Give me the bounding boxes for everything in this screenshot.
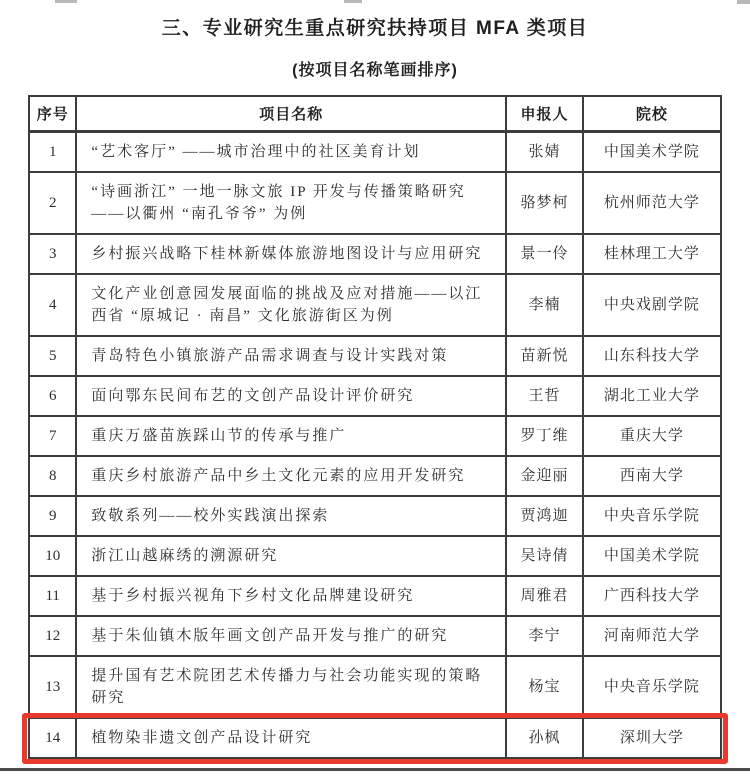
institution-name: 杭州师范大学 [583,172,721,234]
table-row: 1 “艺术客厅” ——城市治理中的社区美育计划 张婧 中国美术学院 [29,132,721,173]
institution-name: 中央戏剧学院 [583,274,721,336]
institution-name: 中央音乐学院 [583,656,721,718]
institution-name: 深圳大学 [583,718,721,758]
scan-artifact [55,0,77,3]
row-number: 13 [29,656,76,718]
page-bottom-edge [0,768,750,771]
table-row: 5 青岛特色小镇旅游产品需求调查与设计实践对策 苗新悦 山东科技大学 [29,336,721,376]
institution-name: 桂林理工大学 [583,234,721,274]
applicant-name: 金迎丽 [506,456,583,496]
row-number: 2 [29,172,76,234]
row-number: 3 [29,234,76,274]
project-name: 重庆万盛苗族踩山节的传承与推广 [76,416,506,456]
scan-artifact [737,0,750,4]
table-row: 12 基于朱仙镇木版年画文创产品开发与推广的研究 李宁 河南师范大学 [29,616,721,656]
row-number: 14 [29,718,76,758]
institution-name: 中央音乐学院 [583,496,721,536]
institution-name: 西南大学 [583,456,721,496]
table-row: 8 重庆乡村旅游产品中乡土文化元素的应用开发研究 金迎丽 西南大学 [29,456,721,496]
row-number: 6 [29,376,76,416]
row-number: 11 [29,576,76,616]
column-header-applicant: 申报人 [506,96,583,132]
project-name: 重庆乡村旅游产品中乡土文化元素的应用开发研究 [76,456,506,496]
applicant-name: 苗新悦 [506,336,583,376]
institution-name: 重庆大学 [583,416,721,456]
project-name: 文化产业创意园发展面临的挑战及应对措施——以江西省 “原城记 · 南昌” 文化旅… [76,274,506,336]
table-body: 1 “艺术客厅” ——城市治理中的社区美育计划 张婧 中国美术学院 2 “诗画浙… [29,132,721,759]
project-name: 面向鄂东民间布艺的文创产品设计评价研究 [76,376,506,416]
table-row: 7 重庆万盛苗族踩山节的传承与推广 罗丁维 重庆大学 [29,416,721,456]
project-name: 提升国有艺术院团艺术传播力与社会功能实现的策略研究 [76,656,506,718]
table-row: 6 面向鄂东民间布艺的文创产品设计评价研究 王哲 湖北工业大学 [29,376,721,416]
project-name: 植物染非遗文创产品设计研究 [76,718,506,758]
table-row: 13 提升国有艺术院团艺术传播力与社会功能实现的策略研究 杨宝 中央音乐学院 [29,656,721,718]
applicant-name: 周雅君 [506,576,583,616]
table-row: 2 “诗画浙江” 一地一脉文旅 IP 开发与传播策略研究——以衢州 “南孔爷爷”… [29,172,721,234]
row-number: 5 [29,336,76,376]
institution-name: 河南师范大学 [583,616,721,656]
row-number: 10 [29,536,76,576]
project-name: 基于乡村振兴视角下乡村文化品牌建设研究 [76,576,506,616]
project-name: 致敬系列——校外实践演出探索 [76,496,506,536]
row-number: 9 [29,496,76,536]
project-name: 乡村振兴战略下桂林新媒体旅游地图设计与应用研究 [76,234,506,274]
applicant-name: 孙枫 [506,718,583,758]
project-name: 浙江山越麻绣的溯源研究 [76,536,506,576]
row-number: 8 [29,456,76,496]
project-name: “诗画浙江” 一地一脉文旅 IP 开发与传播策略研究——以衢州 “南孔爷爷” 为… [76,172,506,234]
row-number: 1 [29,132,76,173]
table-row: 4 文化产业创意园发展面临的挑战及应对措施——以江西省 “原城记 · 南昌” 文… [29,274,721,336]
column-header-number: 序号 [29,96,76,132]
applicant-name: 杨宝 [506,656,583,718]
institution-name: 中国美术学院 [583,132,721,173]
table-row: 11 基于乡村振兴视角下乡村文化品牌建设研究 周雅君 广西科技大学 [29,576,721,616]
table-row: 9 致敬系列——校外实践演出探索 贾鸿迦 中央音乐学院 [29,496,721,536]
column-header-project: 项目名称 [76,96,506,132]
row-number: 7 [29,416,76,456]
applicant-name: 贾鸿迦 [506,496,583,536]
institution-name: 山东科技大学 [583,336,721,376]
project-name: “艺术客厅” ——城市治理中的社区美育计划 [76,132,506,173]
table-header-row: 序号 项目名称 申报人 院校 [29,96,721,132]
table-row: 10 浙江山越麻绣的溯源研究 吴诗倩 中国美术学院 [29,536,721,576]
applicant-name: 王哲 [506,376,583,416]
institution-name: 湖北工业大学 [583,376,721,416]
applicant-name: 李宁 [506,616,583,656]
applicant-name: 李楠 [506,274,583,336]
applicant-name: 罗丁维 [506,416,583,456]
page-title: 三、专业研究生重点研究扶持项目 MFA 类项目 [0,13,750,40]
applicant-name: 张婧 [506,132,583,173]
project-name: 青岛特色小镇旅游产品需求调查与设计实践对策 [76,336,506,376]
institution-name: 广西科技大学 [583,576,721,616]
page-subtitle: (按项目名称笔画排序) [0,57,750,80]
row-number: 4 [29,274,76,336]
applicant-name: 骆梦柯 [506,172,583,234]
column-header-institution: 院校 [583,96,721,132]
institution-name: 中国美术学院 [583,536,721,576]
scan-artifact [344,0,362,3]
table-row: 3 乡村振兴战略下桂林新媒体旅游地图设计与应用研究 景一伶 桂林理工大学 [29,234,721,274]
applicant-name: 吴诗倩 [506,536,583,576]
row-number: 12 [29,616,76,656]
applicant-name: 景一伶 [506,234,583,274]
table-row: 14 植物染非遗文创产品设计研究 孙枫 深圳大学 [29,718,721,758]
project-name: 基于朱仙镇木版年画文创产品开发与推广的研究 [76,616,506,656]
project-table: 序号 项目名称 申报人 院校 1 “艺术客厅” ——城市治理中的社区美育计划 张… [28,95,722,759]
